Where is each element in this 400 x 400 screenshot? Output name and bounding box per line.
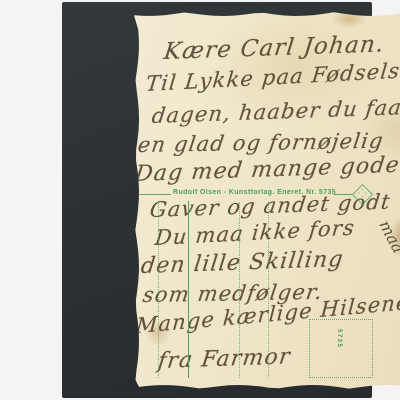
stamp-box: 5735 [309, 319, 373, 378]
address-line [158, 202, 159, 378]
publisher-imprint: Rudolf Olsen - Kunstforlag. Eneret. Nr. … [173, 189, 336, 196]
handwriting-line: dagen, haaber du faar [151, 95, 400, 128]
publisher-rule-left [139, 194, 171, 195]
address-line [268, 202, 269, 378]
handwriting-line: Kære Carl Johan. [162, 31, 386, 65]
handwriting-line: Dag med mange gode [133, 153, 400, 187]
divider-line [188, 201, 189, 378]
handwriting-line: fra Farmor [156, 344, 292, 374]
handwriting-line: en glad og fornøjelig [136, 129, 385, 157]
stamp-box-control-number: 5735 [336, 329, 342, 348]
handwriting-line: den lille Skilling [139, 247, 345, 279]
handwriting-overflow-word: maa [375, 217, 400, 256]
photo-background: Kære Carl Johan. Til Lykke paa Fødsels d… [62, 2, 372, 398]
postcard: Kære Carl Johan. Til Lykke paa Fødsels d… [134, 11, 400, 390]
page: Kære Carl Johan. Til Lykke paa Fødsels d… [0, 0, 400, 400]
address-line [239, 202, 240, 378]
publisher-rule-right [334, 194, 352, 195]
